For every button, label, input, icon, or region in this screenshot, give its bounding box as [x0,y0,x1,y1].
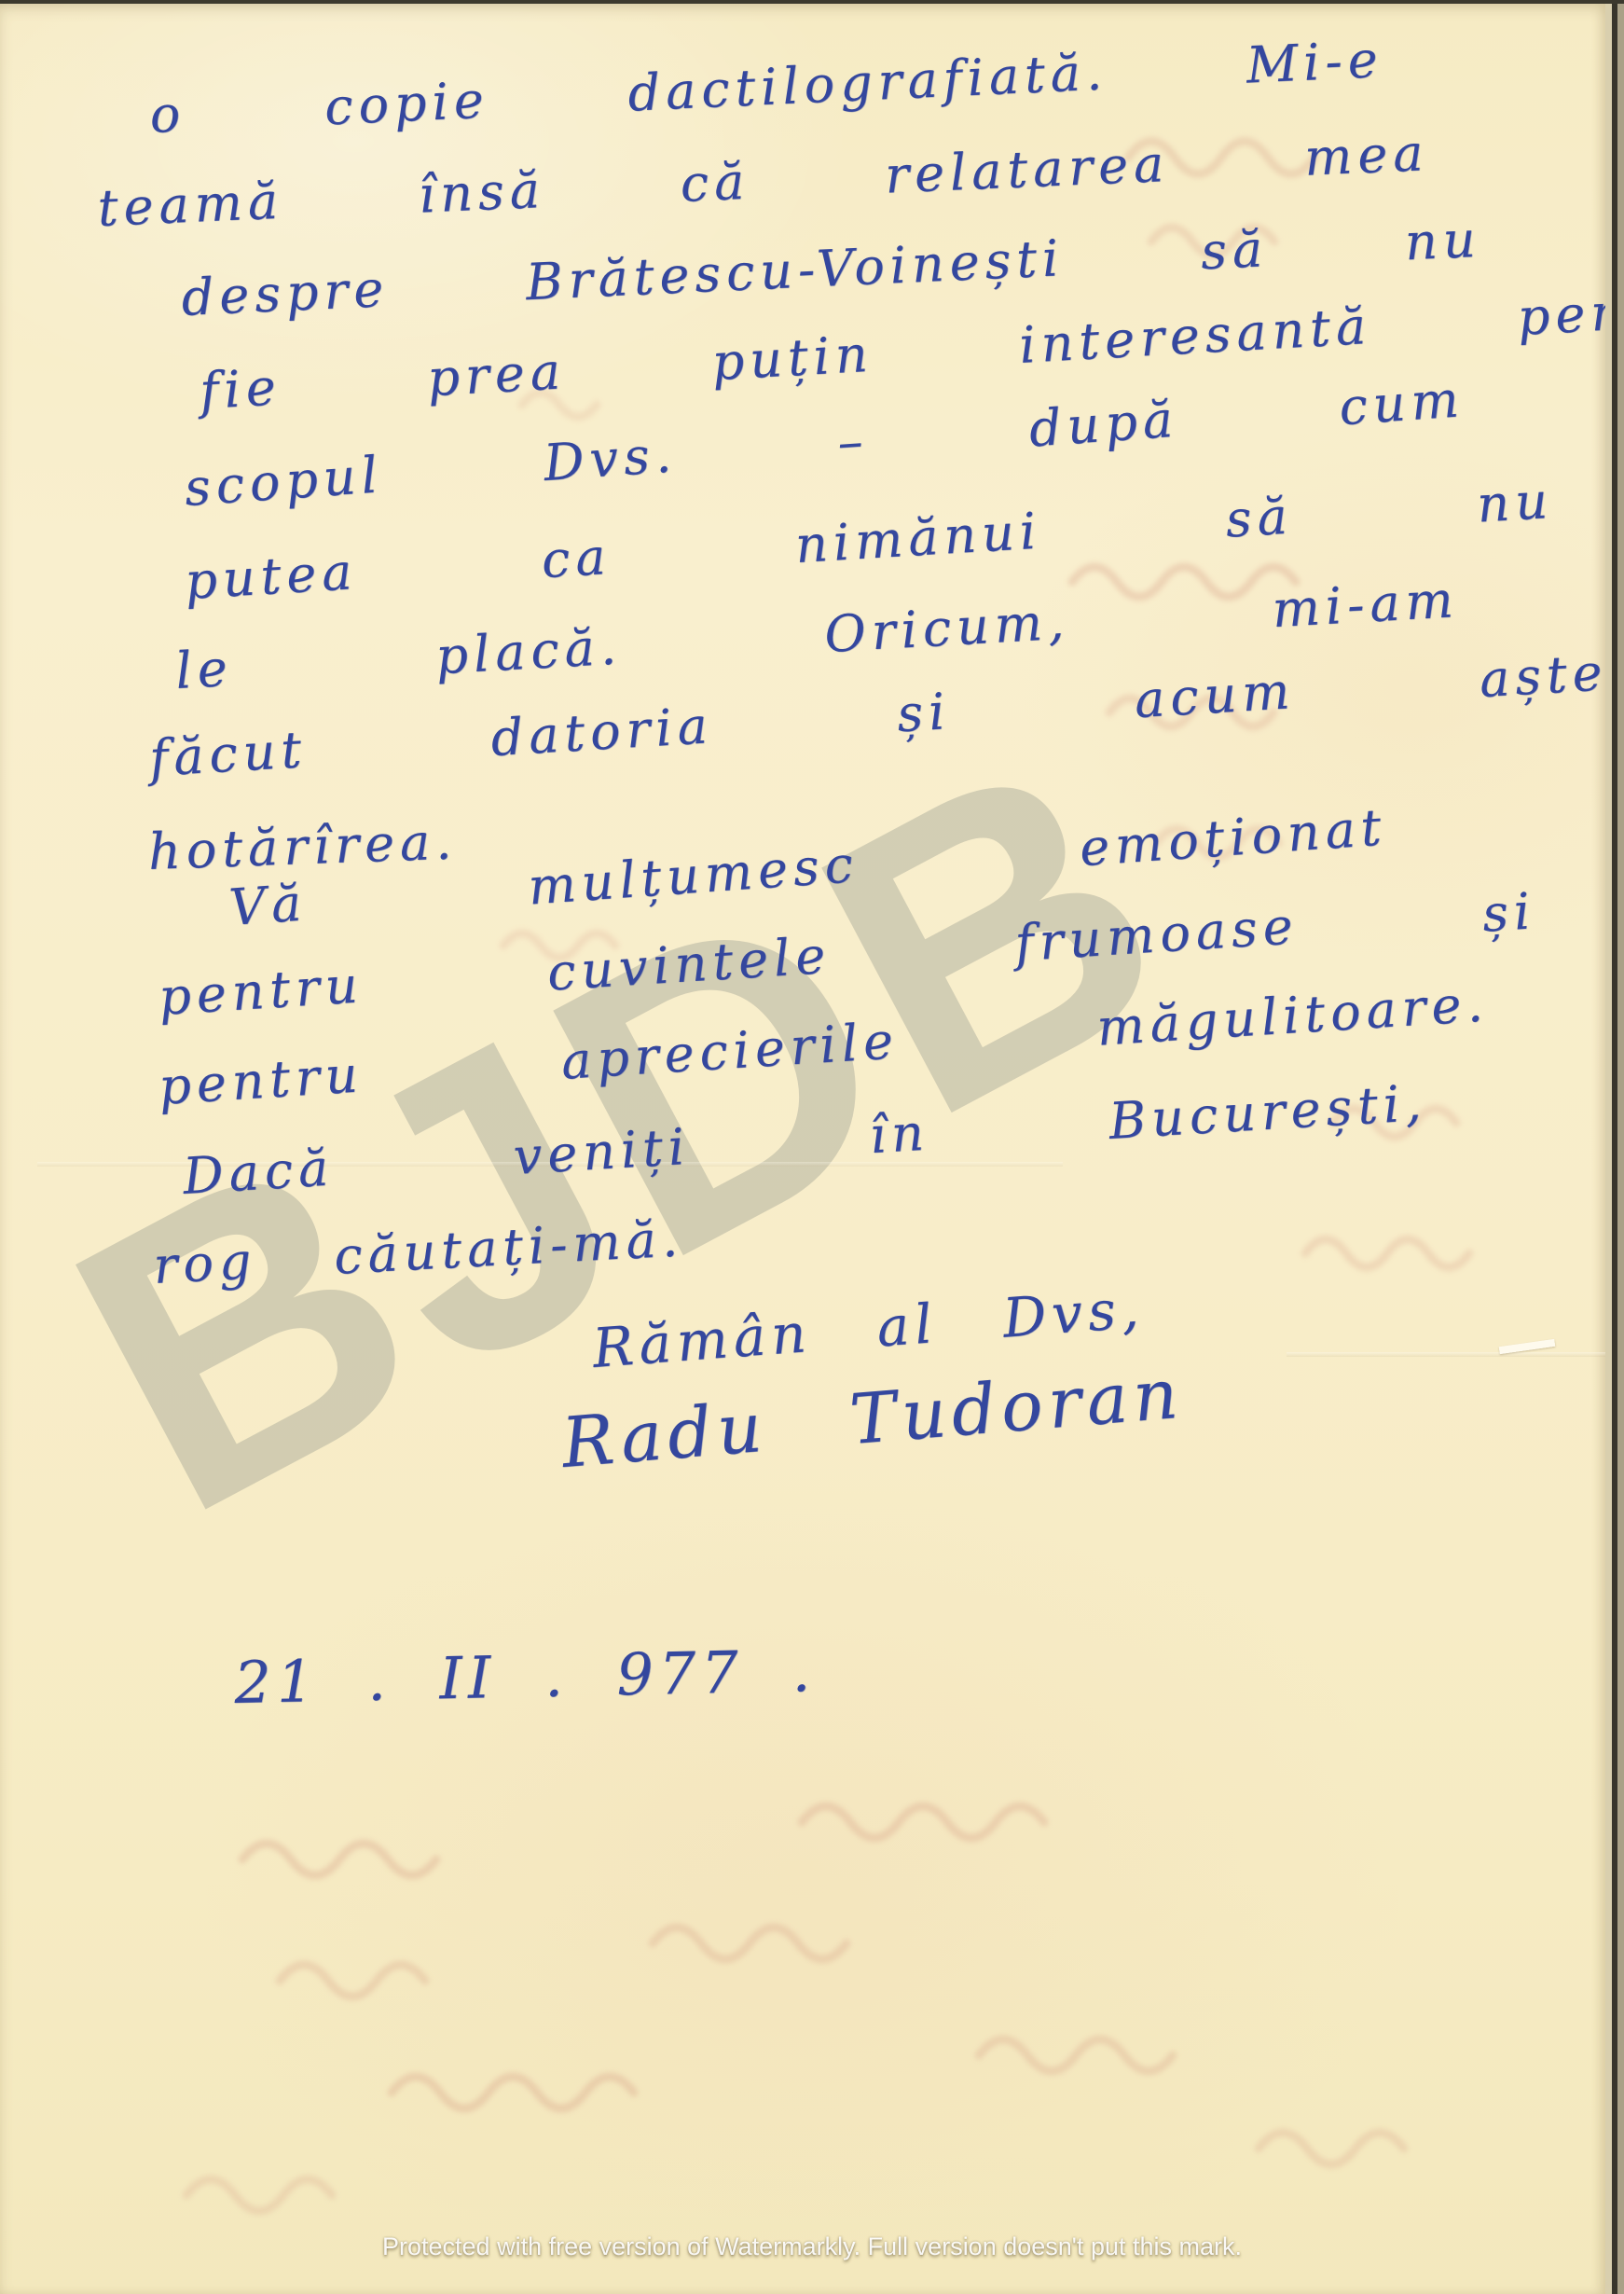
date-line: 21 . II . 977 . [234,1640,817,1713]
paper-right-edge [1605,0,1612,2294]
paper-crease-right [1287,1352,1605,1357]
watermarkly-banner: Protected with free version of Watermark… [0,2232,1624,2261]
scanned-letter-page: BJDB o copie dactilografiată. Mi-e teamă… [0,0,1624,2294]
scan-right-outer-edge [1617,0,1624,2294]
scan-top-edge [0,0,1624,4]
letter-paper: BJDB o copie dactilografiată. Mi-e teamă… [0,4,1605,2294]
